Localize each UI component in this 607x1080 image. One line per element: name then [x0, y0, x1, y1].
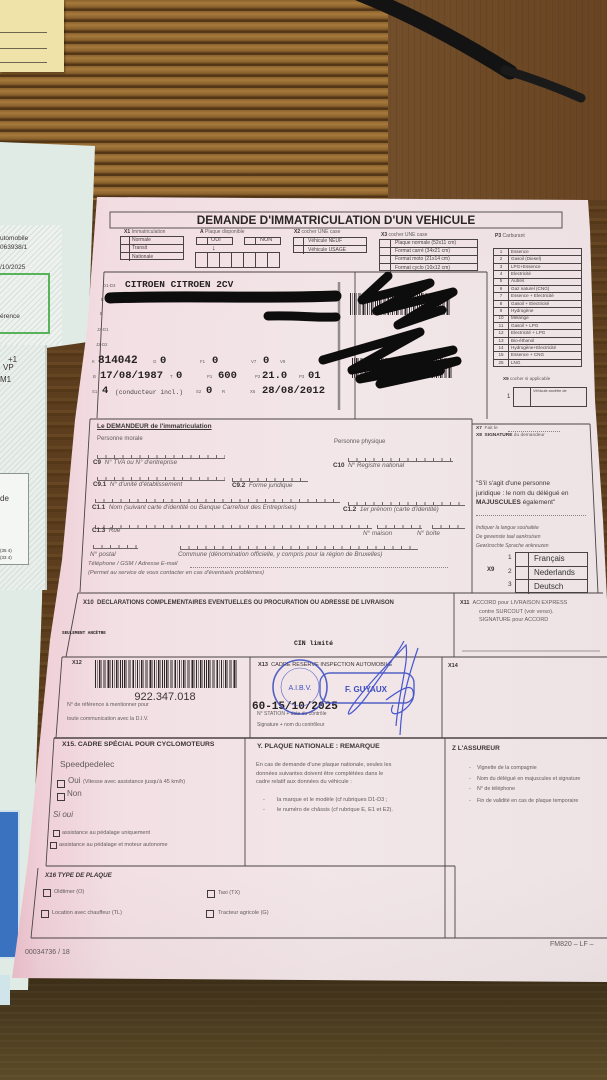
pedal-assist-motor-label: assistance au pédalage et moteur autonom… [59, 843, 168, 849]
x12-code: X12 [72, 661, 82, 667]
plate-available-label: Plaque disponible [205, 229, 244, 235]
y-bullet: la marque et le modèle (cf rubriques D1-… [277, 798, 387, 804]
fuel-row: 25LNG [494, 360, 581, 367]
y-paragraph-line: données suivantes doivent être complétée… [256, 772, 383, 778]
if-yes-label: Si oui [53, 811, 73, 819]
language-name: Nederlands [529, 569, 575, 577]
speedpedelec-yes-note: (Vitesse avec assistance jusqu'à 45 km/h… [83, 780, 185, 786]
fuel-row: 11Gasoil + LPG [494, 323, 581, 330]
checkbox [514, 388, 531, 406]
fuel-row: 14Hydrogène+Electricité [494, 345, 581, 352]
x1-heading: X1 Immatriculation [124, 230, 165, 235]
bullet-icon: - [469, 787, 471, 792]
agricultural-tractor-checkbox [206, 910, 214, 918]
x2-vehicle-condition-table: Véhicule NEUF Véhicule USAGE [293, 237, 367, 253]
fuel-name: Mélange [509, 316, 529, 321]
reference-caption-line1: N° de référence à mentionner pour [67, 703, 149, 708]
x3-label: cocher UNE case [389, 232, 428, 238]
x2-option-label: Véhicule NEUF [304, 239, 342, 244]
plate-cell [232, 253, 244, 267]
x3-option-row: Format moto (21x14 cm) [380, 256, 477, 264]
field-value-p1: 600 [218, 371, 237, 382]
p3-label: Carburant [503, 233, 525, 239]
chauffeur-rental-checkbox [41, 910, 49, 918]
field-value-p3: 01 [308, 371, 321, 382]
yes-label: OUI [208, 238, 221, 244]
fuel-name: LNG [509, 361, 520, 366]
fuel-code: 8 [494, 301, 509, 307]
fuel-name: Essence + CNG [509, 353, 544, 358]
form-serial-number: 00034736 / 18 [25, 949, 70, 956]
x11-line3: SIGNATURE pour ACCORD [479, 618, 548, 624]
signature-line [476, 515, 586, 516]
fuel-row: 12Electricité + LPG [494, 330, 581, 337]
fuel-name: Gaz naturel (CNG) [509, 287, 549, 292]
c1-3-input-line [95, 525, 372, 529]
c9-1-label: N° d'unité d'établissement [110, 481, 182, 488]
x13-code: X13 [258, 662, 268, 668]
x7-date-field: X7 Fait le [476, 427, 498, 432]
c9-code: C9 [93, 459, 101, 466]
background-fragment: de [0, 495, 9, 503]
background-fragment: érence [0, 314, 20, 321]
x15-title: X15. CADRE SPÉCIAL POUR CYCLOMOTEURS [62, 742, 214, 749]
x3-option-label: Format moto (21x14 cm) [391, 257, 450, 262]
field-label-p2: P2 [255, 375, 260, 379]
c9-1-code: C9.1 [93, 481, 106, 488]
fuel-code: 5 [494, 279, 509, 285]
x2-heading: X2 cocher UNE case [294, 230, 340, 235]
yes-row: OUI [197, 238, 232, 244]
x5-label: cocher si applicable [510, 376, 550, 381]
pedal-assist-only-label: assistance au pédalage uniquement [62, 831, 150, 837]
blue-card-corner [0, 810, 20, 959]
c1-3-label: Rue [109, 527, 121, 534]
fuel-row: 10Mélange [494, 316, 581, 323]
c10-field-label: C10 N° Registre national [333, 463, 404, 469]
fuel-code: 15 [494, 352, 509, 358]
fuel-code: 1 [494, 249, 509, 255]
x7-label: Fait le [485, 426, 498, 431]
bullet-icon: - [469, 766, 471, 771]
x2-label: cocher UNE case [302, 229, 341, 235]
no-label: NON [256, 238, 272, 244]
bullet-icon: - [469, 799, 471, 804]
x7-code: X7 [476, 426, 482, 431]
background-fragment: (33 4) [0, 556, 12, 561]
x8-code: X8 [476, 433, 482, 438]
c1-3-field-label: C1.3 Rue [92, 528, 120, 534]
e-label: E [101, 298, 104, 302]
c10-label: N° Registre national [348, 462, 404, 469]
fuel-row: 15Essence + CNG [494, 352, 581, 359]
x3-code: X3 [381, 232, 387, 238]
reference-caption-line2: toute communication avec la D.I.V. [67, 717, 148, 722]
x8-suffix: du demandeur [514, 433, 545, 438]
c1-3-code: C1.3 [92, 527, 105, 534]
signature-note-line2: juridique : le nom du délégué en [476, 491, 569, 498]
x5-checkbox-table: Véhicule ancêtre de [513, 387, 587, 407]
taxi-label: Taxi (TX) [218, 891, 240, 897]
plate-number-cells [195, 252, 280, 268]
field-label-v9: V9 [280, 360, 285, 364]
field-value-s1: 4 [102, 386, 108, 397]
field-note-s1: (conducteur incl.) [115, 390, 183, 396]
fuel-name: Essence + Electricité [509, 294, 554, 299]
checkbox [380, 264, 391, 272]
fuel-row: 5Autres [494, 279, 581, 286]
make-model-label: D1-D3 [103, 284, 115, 288]
fuel-code: 3 [494, 264, 509, 270]
x10-title: DECLARATIONS COMPLEMENTAIRES EVENTUELLES… [97, 600, 394, 606]
fuel-row: 13Bio-éthanol [494, 338, 581, 345]
box-number-input-line [432, 525, 465, 529]
bullet-icon: - [263, 808, 265, 814]
no-row: NON [245, 238, 280, 244]
field-label-x5: X5 [250, 390, 255, 394]
background-fragment: VP [3, 364, 14, 372]
field-label-s2: S2 [196, 390, 201, 394]
x10-heading: X10 DECLARATIONS COMPLEMENTAIRES EVENTUE… [83, 600, 394, 606]
fuel-name: Hydrogène+Electricité [509, 346, 556, 351]
x2-option-label: Véhicule USAGE [304, 248, 346, 253]
background-fragment: M1 [0, 376, 11, 384]
x11-text: ACCORD pour LIVRAISON EXPRESS [473, 600, 568, 606]
plate-available-heading: A Plaque disponible [200, 230, 245, 235]
c9-1-field-label: C9.1 N° d'unité d'établissement [93, 482, 182, 488]
language-row: Deutsch [516, 580, 587, 594]
fuel-name: Electricité [509, 272, 531, 277]
fuel-row: 7Essence + Electricité [494, 293, 581, 300]
fuel-row: 3LPG+Essence [494, 264, 581, 271]
checkbox [516, 580, 529, 594]
plate-cell [268, 253, 279, 267]
x5-row-number: 1 [507, 394, 510, 400]
z-item: Vignette de la compagnie [477, 766, 537, 771]
c1-2-label: 1er prénom (carte d'identité) [360, 506, 439, 513]
fuel-name: Electricité + LPG [509, 331, 545, 336]
commune-input-line [180, 546, 418, 550]
x8-label: SIGNATURE [485, 433, 513, 438]
fuel-name: Gasoil (Diesel) [509, 257, 541, 262]
fuel-name: Autres [509, 279, 524, 284]
language-number: 1 [508, 555, 512, 562]
inspector-signature-label: Signature + nom du contrôleur [257, 723, 324, 728]
background-green-frame [0, 273, 50, 334]
fuel-row: 8Gasoil + Electricité [494, 301, 581, 308]
speedpedelec-no-checkbox [57, 793, 65, 801]
x1-code: X1 [124, 229, 130, 235]
oldtimer-checkbox [43, 889, 51, 897]
yellow-paper-corner [0, 0, 64, 72]
arrow-down-icon: ↓ [212, 245, 216, 252]
x13-title: CADRE RESERVE INSPECTION AUTOMOBILE [271, 662, 392, 668]
c9-field-label: C9 N° TVA ou N° d'entreprise [93, 460, 177, 466]
agricultural-tractor-label: Tracteur agricole (G) [218, 911, 269, 917]
x1-option-row: Nationale [121, 253, 183, 261]
speedpedelec-yes-checkbox [57, 780, 65, 788]
fuel-code: 25 [494, 360, 509, 367]
background-fragment: /10/2025 [0, 265, 25, 272]
field-value-g: 0 [160, 356, 166, 367]
house-number-input-line [377, 525, 422, 529]
x1-registration-type-table: Normale Transit Nationale [120, 236, 184, 260]
speedpedelec-no-label: Non [67, 790, 82, 798]
plate-cell [208, 253, 220, 267]
x1-option-label: Normale [130, 238, 151, 243]
plate-cell [244, 253, 256, 267]
language-row: Nederlands [516, 567, 587, 581]
speedpedelec-yes-label: Oui [68, 777, 80, 785]
j2-d2-label: J2-D2 [96, 343, 107, 347]
form-title: DEMANDE D'IMMATRICULATION D'UN VEHICULE [110, 215, 562, 227]
field-value-s2: 0 [206, 386, 212, 397]
station-date-label: N° STATION + date du contrôle [257, 712, 326, 717]
form-code: FM820 – LF – [550, 941, 594, 948]
x3-option-row: Format cyclo (10x12 cm) [380, 264, 477, 272]
field-value-v7: 0 [263, 356, 269, 367]
x16-title: X16 TYPE DE PLAQUE [45, 873, 112, 879]
field-value-f1: 0 [212, 356, 218, 367]
fuel-name: Hydrogène [509, 309, 533, 314]
x3-heading: X3 cocher UNE case [381, 233, 427, 238]
checkbox [121, 237, 130, 244]
checkbox [197, 238, 208, 244]
x11-line2: contre SURCOUT (voir verso). [479, 610, 553, 616]
p3-fuel-table: 1Essence 2Gasoil (Diesel) 3LPG+Essence 4… [493, 248, 582, 367]
x3-plate-format-table: Plaque normale (52x11 cm) Format carré (… [379, 239, 478, 271]
p3-heading: P3 Carburant [495, 234, 525, 239]
c9-label: N° TVA ou N° d'entreprise [105, 459, 178, 466]
checkbox [516, 567, 529, 580]
field-label-b: B [93, 375, 96, 379]
checkbox [380, 256, 391, 263]
x5-code: X5 [503, 376, 509, 381]
natural-person-label: Personne physique [334, 439, 385, 445]
c9-2-code: C9.2 [232, 482, 245, 489]
signature-note-bold: MAJUSCULES [476, 499, 521, 506]
fuel-name: LPG+Essence [509, 265, 541, 270]
x2-option-row: Véhicule NEUF [294, 238, 366, 246]
language-number: 3 [508, 582, 512, 589]
x5-heading: X5 cocher si applicable [503, 377, 550, 382]
field-label-g: G [153, 360, 156, 364]
commune-label: Commune (dénomination officielle, y comp… [178, 552, 382, 558]
fuel-row: 4Electricité [494, 271, 581, 278]
language-choice-table: Français Nederlands Deutsch [515, 552, 588, 593]
wooden-table-bottom [0, 970, 607, 1080]
language-instruction-fr: Indiquer la langue souhaitée [476, 526, 539, 531]
postal-code-input-line [93, 545, 138, 549]
fuel-code: 12 [494, 330, 509, 336]
x3-option-label: Plaque normale (52x11 cm) [391, 241, 456, 246]
field-label-t: T [170, 375, 173, 379]
checkbox [294, 246, 304, 254]
plate-available-code: A [200, 229, 204, 235]
x8-signature-field: X8 SIGNATURE du demandeur [476, 434, 545, 439]
z-item: Nom du délégué en majuscules et signatur… [477, 777, 580, 782]
oldtimer-label: Oldtimer (O) [54, 890, 84, 896]
signature-note-line3: MAJUSCULES également" [476, 500, 555, 507]
z-item: Fin de validité en cas de plaque tempora… [477, 799, 578, 804]
field-label-p1: P1 [207, 375, 212, 379]
language-name: Français [529, 555, 565, 563]
plate-cell [196, 253, 208, 267]
checkbox [121, 245, 130, 252]
field-label-r: R [222, 390, 225, 394]
vehicle-barcode-top [350, 293, 450, 315]
field-label-p3: P3 [299, 375, 304, 379]
y-paragraph-line: cadre relatif aux données du véhicule : [256, 780, 352, 786]
field-label-f1: F1 [200, 360, 205, 364]
field-value-p2: 21.0 [262, 371, 287, 382]
x1-option-row: Transit [121, 245, 183, 253]
reference-barcode [95, 660, 237, 688]
pedal-assist-only-checkbox [53, 830, 60, 837]
language-instruction-nl: De gewenste taal aankruisen [476, 535, 541, 540]
x5-row: Véhicule ancêtre de [514, 388, 586, 406]
language-row: Français [516, 553, 587, 567]
signature-note-end: également" [523, 499, 556, 506]
fuel-code: 6 [494, 286, 509, 292]
checkbox [516, 553, 529, 566]
fuel-code: 9 [494, 308, 509, 314]
z-item: N° de téléphone [477, 787, 515, 792]
plate-cell [220, 253, 232, 267]
contact-label: Téléphone / GSM / Adresse E-mail [88, 562, 177, 568]
postal-code-label: N° postal [90, 552, 116, 558]
make-model-value: CITROEN CITROEN 2CV [125, 280, 233, 290]
taxi-checkbox [207, 890, 215, 898]
language-instruction-de: Gewünschte Sprache ankreuzen [476, 544, 549, 549]
fuel-code: 13 [494, 338, 509, 344]
fuel-name: Gasoil + Electricité [509, 302, 549, 307]
fuel-code: 10 [494, 316, 509, 322]
c1-1-code: C1.1 [92, 504, 105, 511]
c10-code: C10 [333, 462, 345, 469]
field-value-b: 17/08/1987 [100, 371, 163, 382]
x14-code: X14 [448, 664, 458, 670]
background-fragment: (35 4) [0, 549, 12, 554]
y-bullet: le numéro de châssis (cf rubrique E, E1 … [277, 808, 393, 814]
z-title: Z L'ASSUREUR [452, 746, 500, 753]
fuel-row: 1Essence [494, 249, 581, 256]
house-number-label: N° maison [363, 531, 392, 537]
checkbox [121, 253, 130, 261]
c1-2-code: C1.2 [343, 506, 356, 513]
checkbox [294, 238, 304, 245]
x5-row-text: Véhicule ancêtre de [531, 388, 567, 394]
contact-input-line [190, 567, 448, 568]
x3-option-row: Plaque normale (52x11 cm) [380, 240, 477, 248]
fuel-name: Essence [509, 250, 529, 255]
x3-option-row: Format carré (34x21 cm) [380, 248, 477, 256]
signature-note-line1: "S'il s'agit d'une personne [476, 481, 550, 488]
fuel-row: 6Gaz naturel (CNG) [494, 286, 581, 293]
speedpedelec-label: Speedpedelec [60, 760, 114, 769]
p3-code: P3 [495, 233, 501, 239]
x3-option-label: Format carré (34x21 cm) [391, 249, 450, 254]
white-paper-corner [0, 975, 10, 1005]
plate-available-yes-box: OUI [196, 237, 233, 245]
x11-line1: X11 ACCORD pour LIVRAISON EXPRESS [460, 601, 567, 607]
language-number: 2 [508, 569, 512, 576]
fuel-code: 4 [494, 271, 509, 277]
checkbox [245, 238, 256, 244]
fuel-name: Gasoil + LPG [509, 324, 538, 329]
bullet-icon: - [263, 798, 265, 804]
box-number-label: N° boîte [417, 531, 440, 537]
field-value-k: 814042 [98, 356, 138, 367]
background-fragment: 063938/1 [0, 245, 27, 252]
applicant-section-title: Le DEMANDEUR de l'immatriculation [97, 424, 212, 431]
chauffeur-rental-label: Location avec chauffeur (TL) [52, 911, 122, 917]
x7-date-line [508, 431, 560, 432]
x1-option-row: Normale [121, 237, 183, 245]
vehicle-barcode-bottom [352, 358, 453, 378]
fuel-row: 9Hydrogène [494, 308, 581, 315]
c1-1-label: Nom (suivant carte d'identité ou Banque … [109, 504, 297, 511]
pedal-assist-motor-checkbox [50, 842, 57, 849]
fuel-code: 14 [494, 345, 509, 351]
j2-d1-label: J2-D1 [97, 328, 108, 332]
x1-option-label: Transit [130, 246, 147, 251]
field-label-k: K [92, 360, 95, 364]
field-value-x5: 28/08/2012 [262, 386, 325, 397]
fuel-code: 11 [494, 323, 509, 329]
bullet-icon: - [469, 777, 471, 782]
plate-cell [256, 253, 268, 267]
field-label-v7: V7 [251, 360, 256, 364]
checkbox [380, 248, 391, 255]
x1-option-label: Nationale [130, 255, 153, 260]
language-name: Deutsch [529, 583, 563, 591]
photo-scene: utomobile 063938/1 /10/2025 érence +1 VP… [0, 0, 607, 1080]
field-label-s1: S1 [92, 390, 97, 394]
fuel-name: Bio-éthanol [509, 339, 534, 344]
x11-code: X11 [460, 600, 469, 606]
legal-person-label: Personne morale [97, 436, 143, 442]
x2-code: X2 [294, 229, 300, 235]
x9-code: X9 [487, 567, 494, 573]
fuel-code: 2 [494, 256, 509, 262]
checkbox [380, 240, 391, 247]
c9-2-label: Forme juridique [249, 482, 293, 489]
x1-label: Immatriculation [132, 229, 166, 235]
x3-option-label: Format cyclo (10x12 cm) [391, 266, 450, 271]
x10-handwritten-note: SEULEMENT ANCÊTRE [62, 632, 106, 636]
x10-typed-note: CIN limité [294, 641, 333, 648]
y-paragraph-line: En cas de demande d'une plaque nationale… [256, 763, 391, 769]
c9-2-field-label: C9.2 Forme juridique [232, 483, 293, 489]
background-fragment: utomobile [0, 236, 28, 243]
c1-1-field-label: C1.1 Nom (suivant carte d'identité ou Ba… [92, 505, 297, 511]
field-value-t: 0 [176, 371, 182, 382]
x13-heading: X13 CADRE RESERVE INSPECTION AUTOMOBILE [258, 663, 392, 669]
x10-code: X10 [83, 600, 94, 606]
c1-1-input-line [95, 499, 340, 503]
x2-option-row: Véhicule USAGE [294, 246, 366, 254]
fuel-row: 2Gasoil (Diesel) [494, 256, 581, 263]
contact-note: (Permet au service de vous contacter en … [88, 571, 264, 577]
c1-2-field-label: C1.2 1er prénom (carte d'identité) [343, 507, 439, 513]
y-title: Y. PLAQUE NATIONALE : REMARQUE [257, 744, 380, 751]
e1-label: E [100, 312, 103, 316]
fuel-code: 7 [494, 293, 509, 299]
plate-available-no-box: NON [244, 237, 281, 245]
